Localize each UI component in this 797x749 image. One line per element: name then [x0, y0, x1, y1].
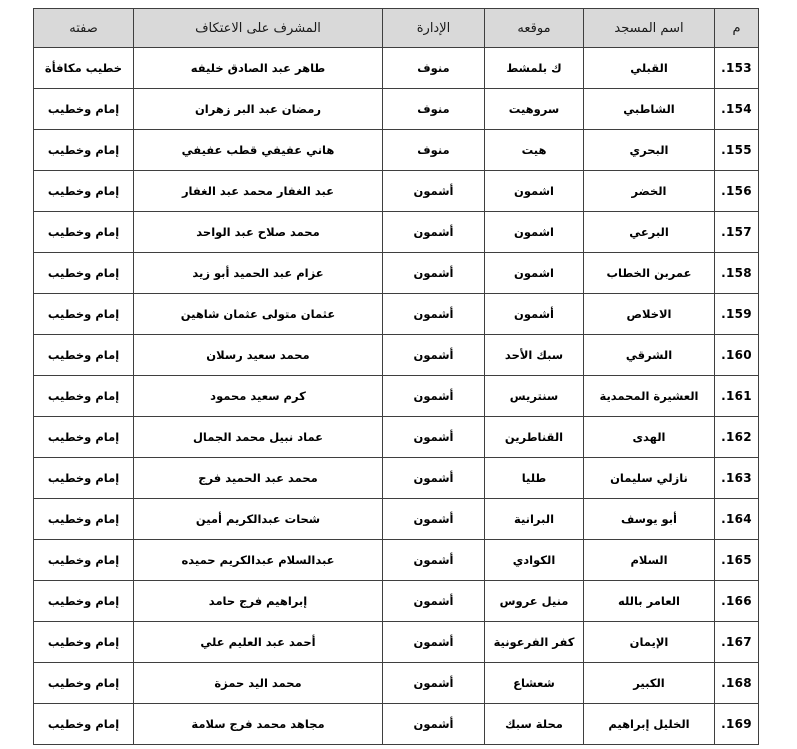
role-cell: إمام وخطيب: [34, 540, 134, 581]
administration-cell: أشمون: [383, 458, 485, 499]
mosque-name-cell: الإيمان: [584, 622, 715, 663]
role-cell: إمام وخطيب: [34, 171, 134, 212]
location-cell: اشمون: [485, 171, 584, 212]
location-cell: القناطرين: [485, 417, 584, 458]
role-cell: إمام وخطيب: [34, 458, 134, 499]
supervisor-cell: محمد صلاح عبد الواحد: [134, 212, 383, 253]
supervisor-cell: عزام عبد الحميد أبو زيد: [134, 253, 383, 294]
table-row: 164.أبو يوسفالبرانيةأشمونشحات عبدالكريم …: [34, 499, 759, 540]
role-cell: إمام وخطيب: [34, 581, 134, 622]
row-number-cell: 156.: [715, 171, 759, 212]
supervisor-cell: كرم سعيد محمود: [134, 376, 383, 417]
row-number-cell: 155.: [715, 130, 759, 171]
role-cell: إمام وخطيب: [34, 130, 134, 171]
administration-cell: منوف: [383, 130, 485, 171]
table-row: 155.البحريهيتمنوفهاني عفيفي قطب عفيفيإما…: [34, 130, 759, 171]
supervisor-cell: شحات عبدالكريم أمين: [134, 499, 383, 540]
supervisor-cell: عماد نبيل محمد الجمال: [134, 417, 383, 458]
row-number-cell: 165.: [715, 540, 759, 581]
col-header-supervisor: المشرف على الاعتكاف: [134, 9, 383, 48]
mosque-name-cell: الشاطبي: [584, 89, 715, 130]
table-row: 163.نازلي سليمانطلياأشمونمحمد عبد الحميد…: [34, 458, 759, 499]
table-row: 159.الاخلاصأشمونأشمونعثمان متولى عثمان ش…: [34, 294, 759, 335]
mosque-name-cell: الهدى: [584, 417, 715, 458]
mosque-name-cell: البرعي: [584, 212, 715, 253]
mosque-name-cell: الشرقي: [584, 335, 715, 376]
mosque-name-cell: العامر بالله: [584, 581, 715, 622]
location-cell: أشمون: [485, 294, 584, 335]
location-cell: سروهيت: [485, 89, 584, 130]
row-number-cell: 157.: [715, 212, 759, 253]
row-number-cell: 166.: [715, 581, 759, 622]
administration-cell: أشمون: [383, 171, 485, 212]
supervisor-cell: طاهر عبد الصادق خليفه: [134, 48, 383, 89]
row-number-cell: 164.: [715, 499, 759, 540]
administration-cell: منوف: [383, 48, 485, 89]
administration-cell: أشمون: [383, 663, 485, 704]
row-number-cell: 158.: [715, 253, 759, 294]
role-cell: إمام وخطيب: [34, 253, 134, 294]
row-number-cell: 163.: [715, 458, 759, 499]
supervisor-cell: رمضان عبد البر زهران: [134, 89, 383, 130]
table-body: 153.القبليك بلمشطمنوفطاهر عبد الصادق خلي…: [34, 48, 759, 745]
row-number-cell: 154.: [715, 89, 759, 130]
role-cell: إمام وخطيب: [34, 335, 134, 376]
row-number-cell: 169.: [715, 704, 759, 745]
location-cell: محلة سبك: [485, 704, 584, 745]
role-cell: إمام وخطيب: [34, 89, 134, 130]
role-cell: إمام وخطيب: [34, 622, 134, 663]
mosque-name-cell: أبو يوسف: [584, 499, 715, 540]
location-cell: اشمون: [485, 212, 584, 253]
administration-cell: أشمون: [383, 704, 485, 745]
col-header-location: موقعه: [485, 9, 584, 48]
role-cell: إمام وخطيب: [34, 294, 134, 335]
row-number-cell: 167.: [715, 622, 759, 663]
administration-cell: أشمون: [383, 253, 485, 294]
location-cell: سبك الأحد: [485, 335, 584, 376]
administration-cell: أشمون: [383, 581, 485, 622]
supervisor-cell: محمد عبد الحميد فرج: [134, 458, 383, 499]
row-number-cell: 161.: [715, 376, 759, 417]
role-cell: إمام وخطيب: [34, 499, 134, 540]
location-cell: طليا: [485, 458, 584, 499]
mosque-name-cell: الاخلاص: [584, 294, 715, 335]
administration-cell: أشمون: [383, 335, 485, 376]
administration-cell: أشمون: [383, 499, 485, 540]
table-row: 154.الشاطبيسروهيتمنوفرمضان عبد البر زهرا…: [34, 89, 759, 130]
col-header-mosque-name: اسم المسجد: [584, 9, 715, 48]
supervisor-cell: هاني عفيفي قطب عفيفي: [134, 130, 383, 171]
location-cell: اشمون: [485, 253, 584, 294]
mosque-name-cell: السلام: [584, 540, 715, 581]
role-cell: إمام وخطيب: [34, 417, 134, 458]
administration-cell: أشمون: [383, 417, 485, 458]
mosque-name-cell: الخليل إبراهيم: [584, 704, 715, 745]
administration-cell: أشمون: [383, 376, 485, 417]
location-cell: شعشاع: [485, 663, 584, 704]
table-row: 153.القبليك بلمشطمنوفطاهر عبد الصادق خلي…: [34, 48, 759, 89]
mosque-name-cell: نازلي سليمان: [584, 458, 715, 499]
supervisor-cell: عبدالسلام عبدالكريم حميده: [134, 540, 383, 581]
administration-cell: أشمون: [383, 212, 485, 253]
row-number-cell: 160.: [715, 335, 759, 376]
role-cell: إمام وخطيب: [34, 663, 134, 704]
administration-cell: أشمون: [383, 294, 485, 335]
table-row: 160.الشرقيسبك الأحدأشمونمحمد سعيد رسلانإ…: [34, 335, 759, 376]
col-header-administration: الإدارة: [383, 9, 485, 48]
role-cell: خطيب مكافأة: [34, 48, 134, 89]
administration-cell: أشمون: [383, 622, 485, 663]
table-row: 156.الخضراشمونأشمونعبد الغفار محمد عبد ا…: [34, 171, 759, 212]
table-row: 168.الكبيرشعشاعأشمونمحمد اليد حمزةإمام و…: [34, 663, 759, 704]
location-cell: كفر الفرعونية: [485, 622, 584, 663]
mosque-name-cell: القبلي: [584, 48, 715, 89]
row-number-cell: 168.: [715, 663, 759, 704]
role-cell: إمام وخطيب: [34, 212, 134, 253]
mosque-name-cell: عمربن الخطاب: [584, 253, 715, 294]
administration-cell: أشمون: [383, 540, 485, 581]
table-row: 166.العامر باللهمنيل عروسأشمونإبراهيم فر…: [34, 581, 759, 622]
row-number-cell: 159.: [715, 294, 759, 335]
location-cell: ك بلمشط: [485, 48, 584, 89]
document-page: { "table": { "columns": { "number": "م",…: [0, 0, 797, 749]
location-cell: البرانية: [485, 499, 584, 540]
mosque-itikaf-table: م اسم المسجد موقعه الإدارة المشرف على ال…: [33, 8, 759, 745]
supervisor-cell: مجاهد محمد فرج سلامة: [134, 704, 383, 745]
location-cell: الكوادي: [485, 540, 584, 581]
supervisor-cell: أحمد عبد العليم علي: [134, 622, 383, 663]
table-row: 158.عمربن الخطاباشمونأشمونعزام عبد الحمي…: [34, 253, 759, 294]
table-row: 169.الخليل إبراهيممحلة سبكأشمونمجاهد محم…: [34, 704, 759, 745]
table-row: 157.البرعياشمونأشمونمحمد صلاح عبد الواحد…: [34, 212, 759, 253]
mosque-name-cell: البحري: [584, 130, 715, 171]
supervisor-cell: محمد اليد حمزة: [134, 663, 383, 704]
row-number-cell: 162.: [715, 417, 759, 458]
header-row: م اسم المسجد موقعه الإدارة المشرف على ال…: [34, 9, 759, 48]
location-cell: سنتريس: [485, 376, 584, 417]
supervisor-cell: عثمان متولى عثمان شاهين: [134, 294, 383, 335]
mosque-name-cell: الكبير: [584, 663, 715, 704]
col-header-number: م: [715, 9, 759, 48]
supervisor-cell: إبراهيم فرج حامد: [134, 581, 383, 622]
supervisor-cell: عبد الغفار محمد عبد الغفار: [134, 171, 383, 212]
table-row: 162.الهدىالقناطرينأشمونعماد نبيل محمد ال…: [34, 417, 759, 458]
role-cell: إمام وخطيب: [34, 704, 134, 745]
row-number-cell: 153.: [715, 48, 759, 89]
supervisor-cell: محمد سعيد رسلان: [134, 335, 383, 376]
administration-cell: منوف: [383, 89, 485, 130]
table-row: 165.السلامالكواديأشمونعبدالسلام عبدالكري…: [34, 540, 759, 581]
table-row: 167.الإيمانكفر الفرعونيةأشمونأحمد عبد ال…: [34, 622, 759, 663]
col-header-role: صفته: [34, 9, 134, 48]
mosque-name-cell: العشيرة المحمدية: [584, 376, 715, 417]
location-cell: هيت: [485, 130, 584, 171]
role-cell: إمام وخطيب: [34, 376, 134, 417]
location-cell: منيل عروس: [485, 581, 584, 622]
mosque-name-cell: الخضر: [584, 171, 715, 212]
table-row: 161.العشيرة المحمديةسنتريسأشمونكرم سعيد …: [34, 376, 759, 417]
